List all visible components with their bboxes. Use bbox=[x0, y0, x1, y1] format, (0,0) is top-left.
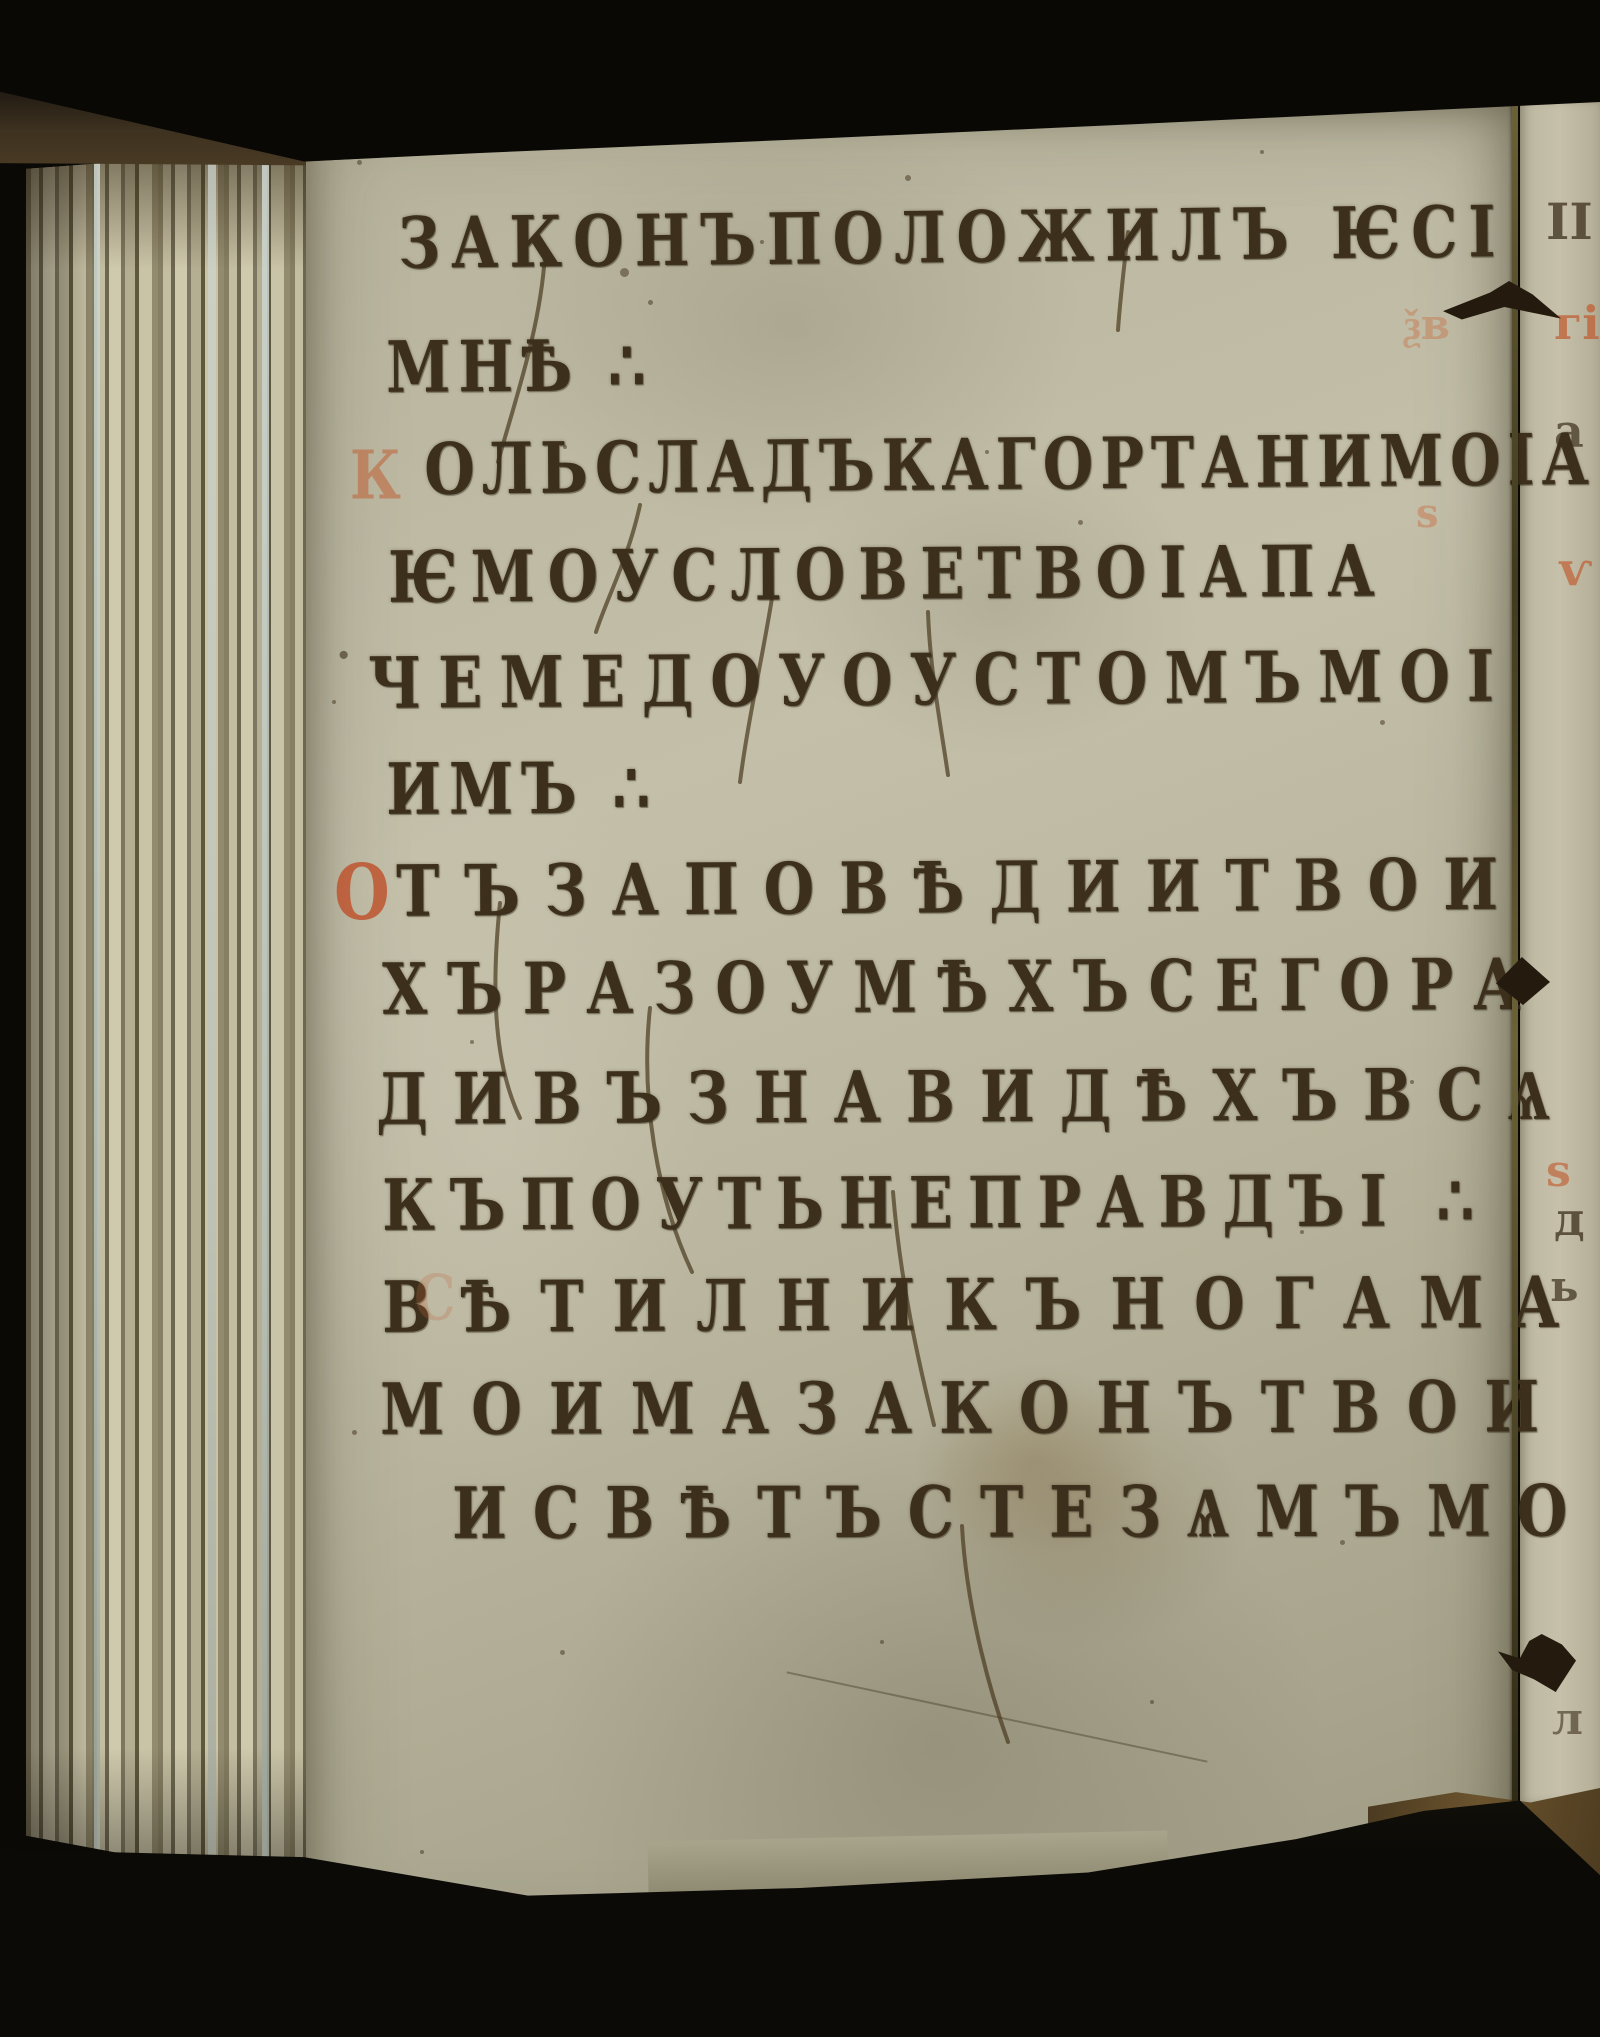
parchment-speck bbox=[1340, 1540, 1345, 1545]
rubric-initial-1: К bbox=[350, 436, 401, 515]
text-line-5: ЧЕМЕДОУОУСТОМЪМОІ bbox=[368, 635, 1511, 725]
text-line-8: ХЪРАЗОУМѢХЪСЕГОРА bbox=[382, 943, 1541, 1031]
parchment-speck bbox=[470, 1040, 474, 1044]
edge-fragment-4: а bbox=[1554, 404, 1584, 458]
parchment-speck bbox=[1380, 720, 1385, 725]
text-line-2: МНѢ ∴ bbox=[386, 324, 654, 409]
parchment-speck bbox=[357, 160, 362, 165]
edge-fragment-3: ѯв bbox=[1404, 300, 1450, 350]
page-crease-line bbox=[1512, 104, 1518, 1806]
parchment-speck bbox=[352, 1430, 357, 1435]
text-line-12: МОИМАЗАКОНЪТВОИ bbox=[380, 1365, 1566, 1450]
parchment-speck bbox=[760, 240, 764, 244]
text-line-4: ѤМОУСЛОВЕТВОІАПА bbox=[388, 530, 1388, 619]
parchment-speck bbox=[332, 700, 336, 704]
parchment-speck bbox=[1078, 520, 1083, 525]
text-line-1: ЗАКОНЪПОЛОЖИЛЪ ѤСІ bbox=[398, 190, 1507, 285]
text-line-13: ИСВѢТЪСТЕЗѦМЪМО bbox=[452, 1470, 1593, 1555]
parchment-speck bbox=[563, 445, 567, 449]
text-line-9: ДИВЪЗНАВИДѢХЪВСѦ bbox=[376, 1053, 1575, 1141]
parchment-speck bbox=[1150, 1700, 1154, 1704]
edge-fragment-6: ѵ bbox=[1558, 542, 1592, 596]
text-line-11: ВѢТИЛНИКЪНОГАМА bbox=[382, 1261, 1588, 1349]
parchment-speck bbox=[1260, 150, 1264, 154]
parchment-speck bbox=[1300, 1230, 1304, 1234]
parchment-speck bbox=[620, 268, 629, 277]
text-line-10: КЪПОУТЬНЕПРАВДЪІ ∴ bbox=[382, 1159, 1489, 1247]
parchment-speck bbox=[1410, 1080, 1414, 1084]
edge-fragment-5: ѕ bbox=[1416, 490, 1439, 537]
edge-fragment-8: д bbox=[1554, 1192, 1585, 1246]
parchment-speck bbox=[880, 1640, 884, 1644]
text-layer: ЗАКОНЪПОЛОЖИЛЪ ѤСІМНѢ ∴ОЛЬСЛАДЪКАГОРТАНИ… bbox=[0, 0, 1600, 2037]
edge-fragment-7: ѕ bbox=[1546, 1146, 1571, 1197]
edge-fragment-10: л bbox=[1552, 1694, 1583, 1745]
edge-fragment-11: · bbox=[336, 630, 351, 681]
parchment-speck bbox=[905, 175, 911, 181]
parchment-speck bbox=[420, 1850, 424, 1854]
book-photo: ЗАКОНЪПОЛОЖИЛЪ ѤСІМНѢ ∴ОЛЬСЛАДЪКАГОРТАНИ… bbox=[0, 0, 1600, 2037]
parchment-speck bbox=[560, 1650, 565, 1655]
text-line-6: ИМЪ ∴ bbox=[386, 747, 658, 831]
rubric-initial-2: О bbox=[334, 848, 390, 938]
edge-fragment-9: ь bbox=[1550, 1262, 1579, 1311]
text-line-7: ТЪЗАПОВѢДИИТВОИ bbox=[396, 843, 1523, 933]
parchment-speck bbox=[648, 300, 653, 305]
edge-fragment-2: гі bbox=[1554, 296, 1600, 350]
rubric-initial-3: С bbox=[414, 1262, 455, 1335]
parchment-speck bbox=[1245, 980, 1250, 985]
edge-fragment-1: ІІ bbox=[1546, 192, 1593, 251]
parchment-speck bbox=[985, 450, 989, 454]
